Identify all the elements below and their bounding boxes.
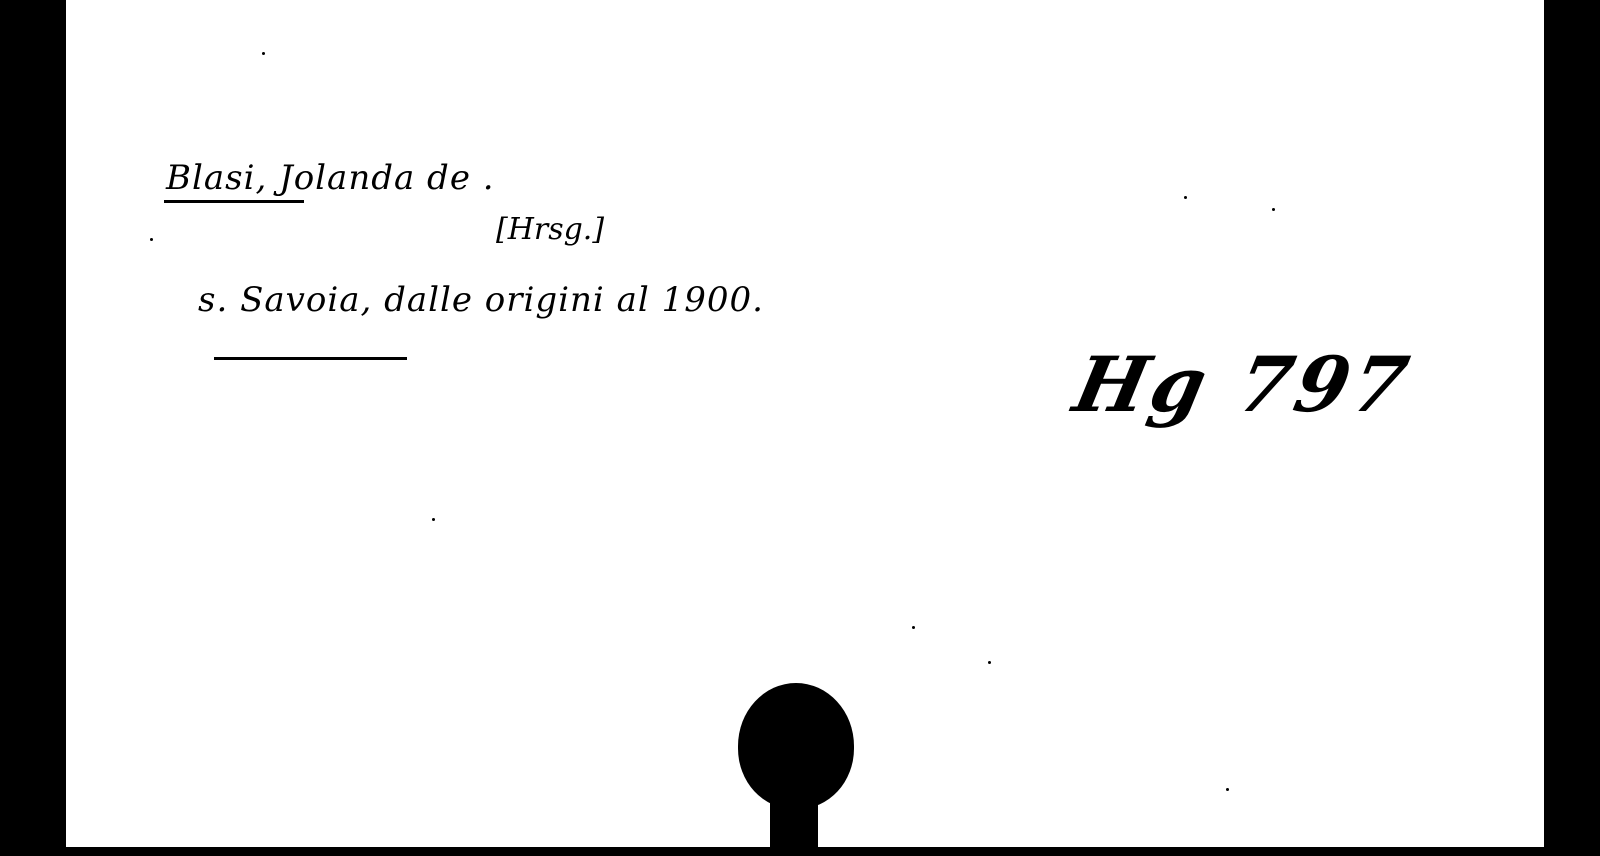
author-surname: Blasi xyxy=(166,158,255,198)
punch-hole-slot xyxy=(770,790,818,856)
see-reference: s. Savoia, dalle origini al 1900. xyxy=(198,280,764,320)
title-text: , dalle origini al 1900. xyxy=(360,280,763,320)
speck xyxy=(262,52,265,55)
speck xyxy=(988,661,991,664)
author-heading: Blasi, Jolanda de . xyxy=(166,158,495,198)
see-prefix: s. xyxy=(198,280,228,320)
call-number: Hg 797 xyxy=(1067,340,1420,429)
speck xyxy=(432,518,435,521)
speck xyxy=(1272,208,1275,211)
editor-role: [Hrsg.] xyxy=(496,212,604,247)
see-term: Savoia xyxy=(240,280,360,320)
speck xyxy=(1226,788,1229,791)
see-term-underline xyxy=(214,357,407,360)
speck xyxy=(150,238,153,241)
speck xyxy=(1184,196,1187,199)
surname-underline xyxy=(164,200,304,203)
author-forename: , Jolanda de . xyxy=(255,158,494,198)
speck xyxy=(912,626,915,629)
